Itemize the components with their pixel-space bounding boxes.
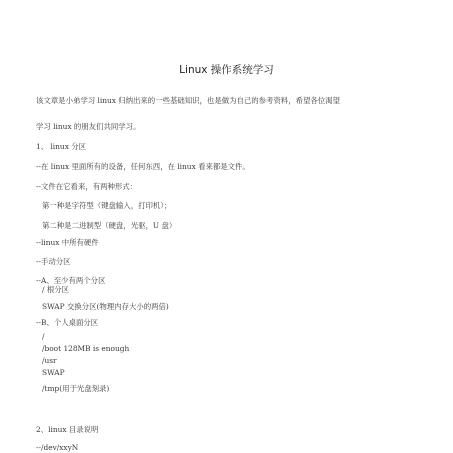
text-line: /tmp(用于光盘刻录) bbox=[42, 384, 109, 394]
text-line: 第一种是字符型（键盘输入，打印机）； bbox=[42, 201, 171, 211]
text-line: 学习 linux 的朋友们共同学习。 bbox=[36, 122, 140, 132]
text-line: 第二种是二进制型（硬盘，光驱，U 盘） bbox=[42, 221, 176, 231]
text-line: --文件在它看来，有两种形式： bbox=[36, 182, 137, 192]
document-title: Linux 操作系统学习 bbox=[0, 62, 453, 77]
text-line: 1、 linux 分区 bbox=[36, 142, 86, 152]
text-line: SWAP bbox=[42, 368, 65, 378]
document-page: Linux 操作系统学习 该文章是小弟学习 linux 归纳出来的一些基础知识，… bbox=[0, 0, 453, 453]
text-line: --手动分区 bbox=[36, 257, 71, 267]
text-line: 2、linux 目录说明 bbox=[36, 425, 98, 435]
text-line: /usr bbox=[42, 356, 57, 366]
text-line: --linux 中所有硬件 bbox=[36, 238, 99, 248]
text-line: / 根分区 bbox=[42, 285, 69, 295]
text-line: / bbox=[42, 332, 45, 342]
text-line: SWAP 交换分区(物理内存大小的两倍) bbox=[42, 302, 169, 312]
text-line: --B、个人桌面分区 bbox=[36, 318, 98, 328]
text-line: 该文章是小弟学习 linux 归纳出来的一些基础知识，也是做为自己的参考资料，希… bbox=[36, 96, 340, 106]
text-line: --在 linux 里面所有的设备，任何东西，在 linux 看来都是文件。 bbox=[36, 162, 250, 172]
text-line: /boot 128MB is enough bbox=[42, 344, 129, 354]
text-line: --/dev/xxyN bbox=[36, 443, 78, 453]
